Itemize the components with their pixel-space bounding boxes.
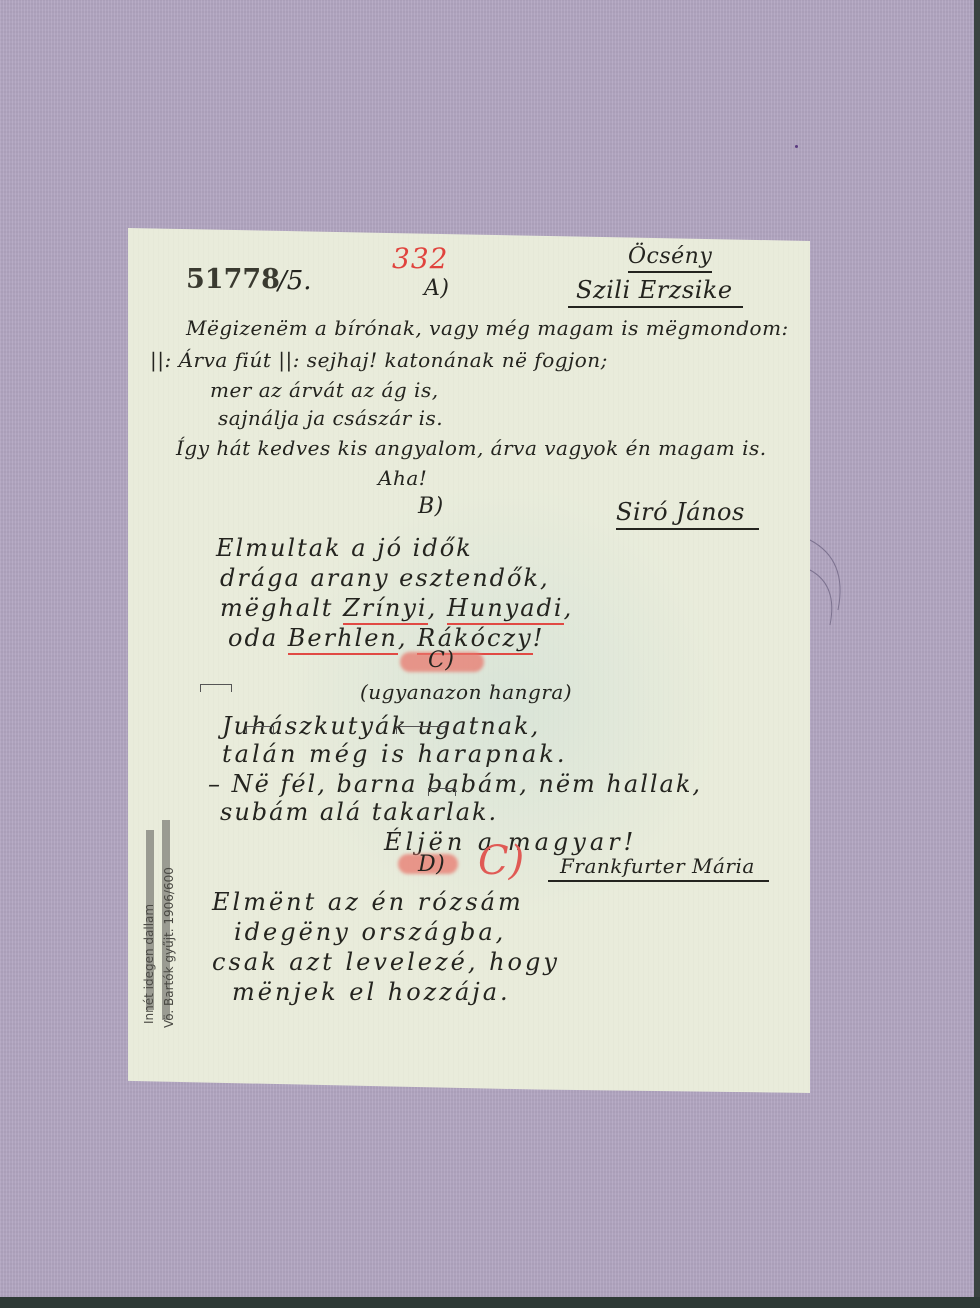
rhythm-bracket xyxy=(200,684,232,692)
rhythm-bracket xyxy=(246,726,274,734)
ink-spot xyxy=(795,145,798,148)
performer-b: Siró János xyxy=(616,498,759,530)
manuscript-sheet: 51778 /5. 332 Öcsény A) Szili Erzsike Më… xyxy=(128,228,810,1093)
verse-b-line-2: drága arany esztendők, xyxy=(220,564,550,592)
verse-a-line-3: mer az árvát az ág is, xyxy=(210,378,439,402)
verse-a-line-5: Így hát kedves kis angyalom, árva vagyok… xyxy=(176,436,767,460)
verse-a-line-4: sajnálja ja császár is. xyxy=(218,406,443,430)
name-zrinyi: Zrínyi xyxy=(343,594,428,625)
performer-a: Szili Erzsike xyxy=(568,276,743,308)
performer-d: Frankfurter Mária xyxy=(548,854,769,882)
red-relabel-c: C) xyxy=(478,838,524,884)
verse-c-line-2: talán még is harapnak. xyxy=(222,740,567,768)
verse-b-line-1: Elmultak a jó idők xyxy=(216,534,473,562)
verse-a-line-6: Aha! xyxy=(378,466,427,490)
verse-b-line-3: mëghalt Zrínyi, Hunyadi, xyxy=(220,594,573,622)
section-c-label: C) xyxy=(428,648,454,673)
section-a-label: A) xyxy=(424,276,449,301)
mount-right-edge xyxy=(974,0,980,1308)
verse-c-line-4: subám alá takarlak. xyxy=(220,798,498,826)
rhythm-bracket xyxy=(428,788,456,796)
word-oda: oda xyxy=(228,624,288,652)
word-meghalt: mëghalt xyxy=(220,594,343,622)
rhythm-bracket xyxy=(396,726,446,734)
name-hunyadi: Hunyadi xyxy=(447,594,564,625)
archive-number: 51778 xyxy=(186,264,280,295)
margin-note-line-1: Innét idegen dallam xyxy=(142,904,156,1024)
verse-a-line-1: Mëgizenëm a bírónak, vagy még magam is m… xyxy=(186,316,789,340)
faint-stamp-circles xyxy=(808,530,868,630)
section-c-subtitle: (ugyanazon hangra) xyxy=(360,680,572,704)
verse-b-line-4: oda Berhlen, Rákóczy! xyxy=(228,624,544,652)
verse-d-line-2: idegëny országba, xyxy=(234,918,506,946)
margin-note-line-2: Vö. Bartók gyűjt. 1906/600 xyxy=(162,867,176,1028)
name-berhlen: Berhlen xyxy=(288,624,398,655)
red-page-number: 332 xyxy=(392,242,448,275)
verse-d-line-3: csak azt levelezé, hogy xyxy=(212,948,560,976)
verse-d-line-1: Elmënt az én rózsám xyxy=(212,888,524,916)
mount-bottom-strip xyxy=(0,1297,980,1308)
verse-a-line-2: ||: Árva fiút ||: sejhaj! katonának në f… xyxy=(150,348,608,372)
verse-d-line-4: mënjek el hozzája. xyxy=(232,978,511,1006)
place-name: Öcsény xyxy=(628,244,712,273)
section-b-label: B) xyxy=(418,494,444,519)
section-d-label: D) xyxy=(418,852,445,877)
archive-suffix: /5. xyxy=(278,266,312,296)
